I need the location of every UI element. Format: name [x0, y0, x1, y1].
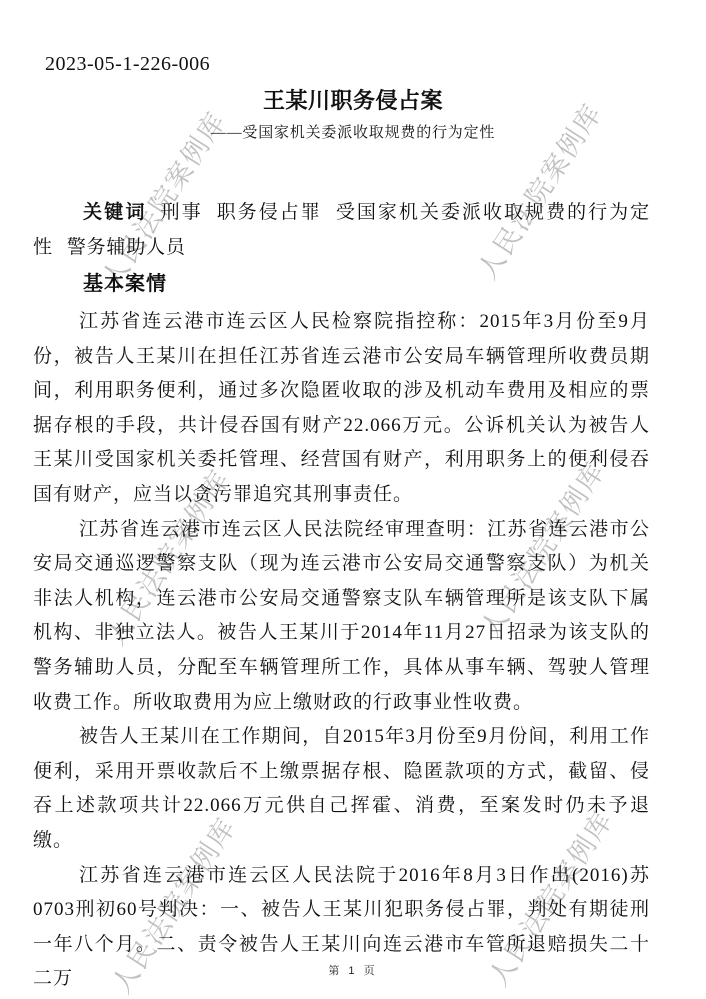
- keywords-label: 关键词: [83, 202, 147, 223]
- document-content: 2023-05-1-226-006 王某川职务侵占案 ——受国家机关委派收取规费…: [0, 0, 706, 999]
- page-number: 第 1 页: [0, 962, 706, 978]
- section-heading-basic-facts: 基本案情: [83, 270, 650, 298]
- keyword-item: 职务侵占罪: [217, 202, 322, 223]
- paragraph: 江苏省连云港市连云区人民检察院指控称：2015年3月份至9月份，被告人王某川在担…: [33, 305, 650, 513]
- paragraph: 被告人王某川在工作期间，自2015年3月份至9月份间，利用工作便利，采用开票收款…: [33, 720, 650, 858]
- case-subtitle: ——受国家机关委派收取规费的行为定性: [0, 121, 706, 142]
- keyword-item: 警务辅助人员: [67, 237, 186, 258]
- document-page: 人民法院案例库 人民法院案例库 人民法院案例库 人民法院案例库 人民法院案例库 …: [0, 0, 706, 999]
- case-title: 王某川职务侵占案: [0, 84, 706, 115]
- keyword-item: 刑事: [161, 202, 203, 223]
- keywords-line: 关键词刑事职务侵占罪受国家机关委派收取规费的行为定性警务辅助人员: [33, 195, 650, 265]
- case-number: 2023-05-1-226-006: [45, 53, 210, 76]
- document-body: 关键词刑事职务侵占罪受国家机关委派收取规费的行为定性警务辅助人员 基本案情 江苏…: [33, 195, 650, 997]
- section-body-basic-facts: 江苏省连云港市连云区人民检察院指控称：2015年3月份至9月份，被告人王某川在担…: [33, 305, 650, 997]
- paragraph: 江苏省连云港市连云区人民法院经审理查明：江苏省连云港市公安局交通巡逻警察支队（现…: [33, 513, 650, 721]
